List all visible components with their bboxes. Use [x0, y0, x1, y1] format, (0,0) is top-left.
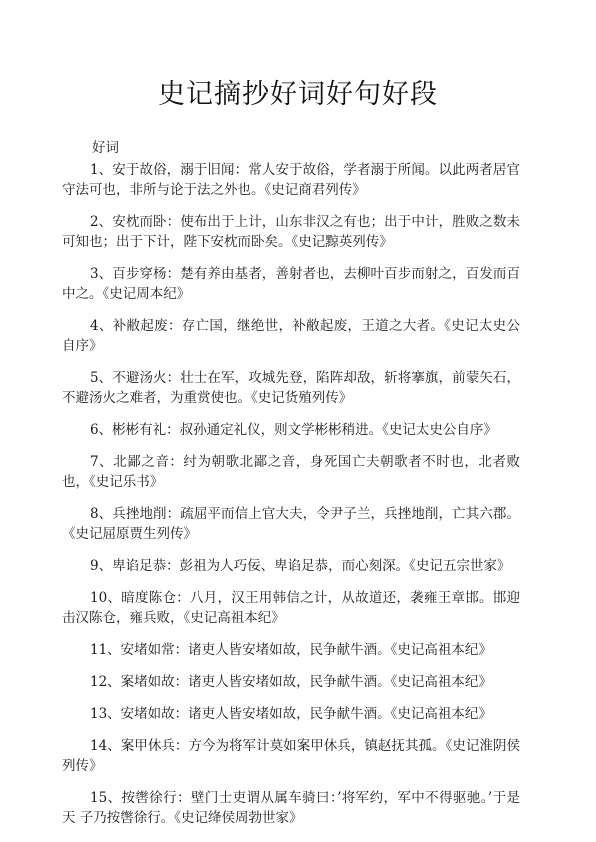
entry-paragraph: 4、补敝起废：存亡国，继绝世，补敝起废，王道之大者。《史记太史公自序》 — [62, 316, 520, 356]
entry-paragraph: 3、百步穿杨：楚有养由基者，善射者也，去柳叶百步而射之，百发而百中之。《史记周本… — [62, 264, 520, 304]
entry-paragraph: 15、按辔徐行：壁门士吏谓从属车骑曰：’将军约，军中不得驱驰。’于是天 子乃按辔… — [62, 788, 520, 828]
entry-paragraph: 12、案堵如故：诸吏人皆安堵如故，民争献牛酒。《史记高祖本纪》 — [62, 672, 520, 692]
entry-paragraph: 2、安枕而卧：使布出于上计，山东非汉之有也；出于中计，胜败之数未可知也；出于下计… — [62, 212, 520, 252]
section-heading: 好词 — [92, 136, 119, 156]
entry-paragraph: 6、彬彬有礼：叔孙通定礼仪，则文学彬彬稍进。《史记太史公自序》 — [62, 420, 520, 440]
entry-list: 1、安于故俗，溺于旧闻：常人安于故俗，学者溺于所闻。以此两者居官守法可也，非所与… — [62, 160, 520, 840]
entry-paragraph: 8、兵挫地削：疏屈平而信上官大夫，令尹子兰，兵挫地削，亡其六郡。《史记屈原贾生列… — [62, 504, 520, 544]
entry-paragraph: 7、北鄙之音：纣为朝歌北鄙之音，身死国亡夫朝歌者不时也，北者败也，《史记乐书》 — [62, 452, 520, 492]
entry-paragraph: 13、安堵如故：诸吏人皆安堵如故，民争献牛酒。《史记高祖本纪》 — [62, 704, 520, 724]
entry-paragraph: 9、卑谄足恭：彭祖为人巧佞、卑谄足恭，而心刻深。《史记五宗世家》 — [62, 556, 520, 576]
entry-paragraph: 1、安于故俗，溺于旧闻：常人安于故俗，学者溺于所闻。以此两者居官守法可也，非所与… — [62, 160, 520, 200]
entry-paragraph: 11、安堵如常：诸吏人皆安堵如故，民争献牛酒。《史记高祖本纪》 — [62, 640, 520, 660]
entry-paragraph: 14、案甲休兵：方今为将军计莫如案甲休兵，镇赵抚其孤。《史记淮阴侯列传》 — [62, 736, 520, 776]
entry-paragraph: 10、暗度陈仓：八月，汉王用韩信之计，从故道还，袭雍王章邯。邯迎击汉陈仓，雍兵败… — [62, 588, 520, 628]
document-title: 史记摘抄好词好句好段 — [0, 72, 596, 111]
entry-paragraph: 5、不避汤火：壮士在军，攻城先登，陷阵却敌，斩将搴旗，前蒙矢石，不避汤火之难者，… — [62, 368, 520, 408]
